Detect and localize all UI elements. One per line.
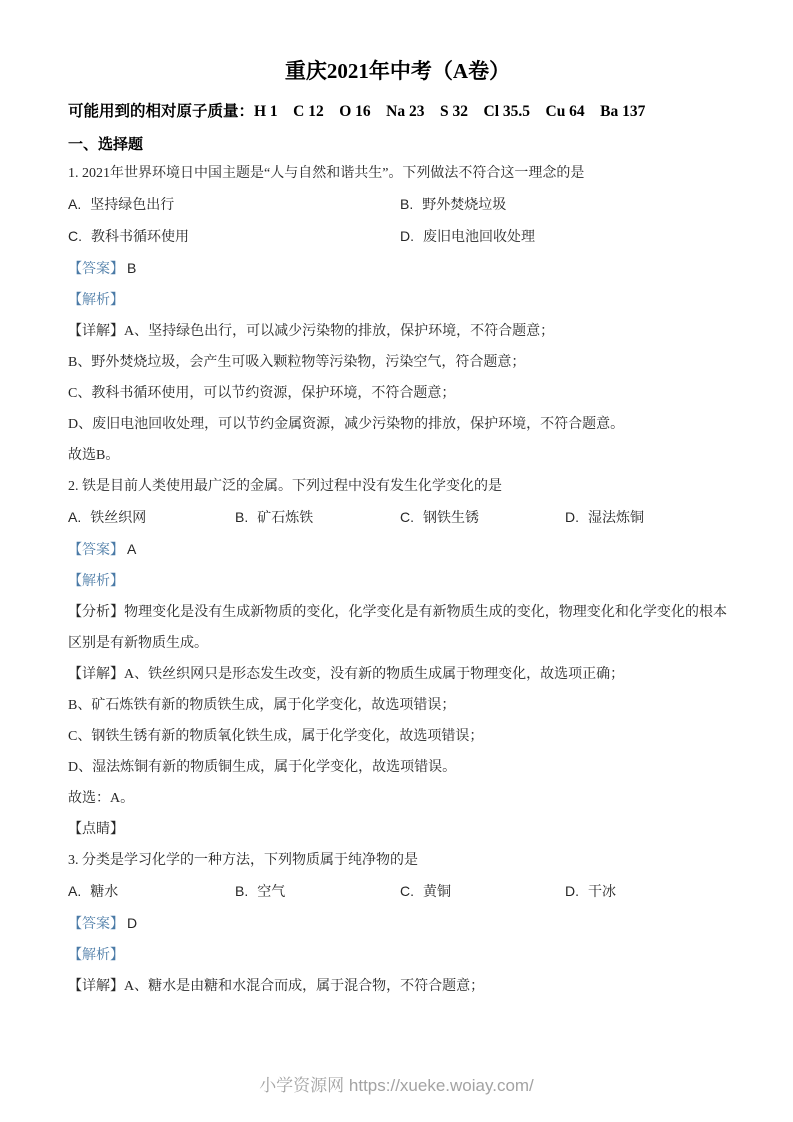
atomic-mass-line: 可能用到的相对原子质量：H 1 C 12 O 16 Na 23 S 32 Cl … [68,99,727,125]
option-label: D. [400,228,414,244]
option-text: 湿法炼铜 [588,511,644,526]
block-text: A、糖水是由糖和水混合而成，属于混合物，不符合题意； [124,979,484,994]
block-text: C、钢铁生锈有新的物质氧化铁生成，属于化学变化，故选项错误； [68,729,483,744]
block-text: B、野外焚烧垃圾，会产生可吸入颗粒物等污染物，污染空气，符合题意； [68,355,525,370]
option-a: A.坚持绿色出行 [68,189,400,221]
option-d: D.废旧电池回收处理 [400,221,727,253]
answer-line: 【答案】B [68,253,727,285]
option-text: 矿石炼铁 [257,511,313,526]
question-2: 2. 铁是目前人类使用最广泛的金属。下列过程中没有发生化学变化的是 A.铁丝织网… [68,471,727,845]
question-stem: 1. 2021年世界环境日中国主题是“人与自然和谐共生”。下列做法不符合这一理念… [68,158,727,189]
option-label: A. [68,196,81,212]
block-text: D、废旧电池回收处理，可以节约金属资源，减少污染物的排放，保护环境，不符合题意。 [68,417,624,432]
block-text: 物理变化是没有生成新物质的变化，化学变化是有新物质生成的变化，物理变化和化学变化… [68,605,727,651]
analysis-line: 【解析】 [68,566,727,597]
option-c: C.钢铁生锈 [400,502,565,534]
conclusion-line: 故选B。 [68,440,727,471]
option-text: 空气 [257,885,285,900]
option-label: A. [68,509,81,525]
block-label: 【详解】 [68,979,124,994]
block-text: 故选：A。 [68,791,134,806]
answer-line: 【答案】D [68,908,727,940]
option-c: C.黄铜 [400,876,565,908]
block-label: 【详解】 [68,667,124,682]
tip-line: 【点睛】 [68,814,727,845]
answer-label: 【答案】 [68,917,124,932]
block-label: 【点睛】 [68,822,124,837]
options-row: A.坚持绿色出行 B.野外焚烧垃圾 [68,189,727,221]
question-3: 3. 分类是学习化学的一种方法，下列物质属于纯净物的是 A.糖水 B.空气 C.… [68,845,727,1002]
answer-label: 【答案】 [68,543,124,558]
option-label: A. [68,883,81,899]
option-c: C.教科书循环使用 [68,221,400,253]
option-label: C. [400,509,414,525]
option-text: 钢铁生锈 [423,511,479,526]
explanation-paragraph: C、教科书循环使用，可以节约资源，保护环境，不符合题意； [68,378,727,409]
option-label: B. [400,196,413,212]
option-text: 坚持绿色出行 [90,198,174,213]
question-stem: 3. 分类是学习化学的一种方法，下列物质属于纯净物的是 [68,845,727,876]
option-d: D.湿法炼铜 [565,502,727,534]
block-text: A、铁丝织网只是形态发生改变，没有新的物质生成属于物理变化，故选项正确； [124,667,624,682]
option-a: A.糖水 [68,876,235,908]
explanation-paragraph: D、废旧电池回收处理，可以节约金属资源，减少污染物的排放，保护环境，不符合题意。 [68,409,727,440]
option-text: 教科书循环使用 [91,230,189,245]
answer-value: A [127,541,136,557]
question-1: 1. 2021年世界环境日中国主题是“人与自然和谐共生”。下列做法不符合这一理念… [68,158,727,471]
conclusion-line: 故选：A。 [68,783,727,814]
block-label: 【详解】 [68,324,124,339]
option-d: D.干冰 [565,876,727,908]
answer-label: 【答案】 [68,262,124,277]
block-text: C、教科书循环使用，可以节约资源，保护环境，不符合题意； [68,386,455,401]
option-b: B.矿石炼铁 [235,502,400,534]
options-row: C.教科书循环使用 D.废旧电池回收处理 [68,221,727,253]
explanation-paragraph: D、湿法炼铜有新的物质铜生成，属于化学变化，故选项错误。 [68,752,727,783]
explanation-paragraph: 【详解】A、铁丝织网只是形态发生改变，没有新的物质生成属于物理变化，故选项正确； [68,659,727,690]
option-text: 黄铜 [423,885,451,900]
options-row: A.铁丝织网 B.矿石炼铁 C.钢铁生锈 D.湿法炼铜 [68,502,727,534]
option-label: D. [565,883,579,899]
analysis-label: 【解析】 [68,948,124,963]
answer-value: B [127,260,136,276]
block-label: 【分析】 [68,605,124,620]
page-title: 重庆2021年中考（A卷） [68,0,727,86]
explanation-paragraph: B、野外焚烧垃圾，会产生可吸入颗粒物等污染物，污染空气，符合题意； [68,347,727,378]
option-label: B. [235,509,248,525]
option-b: B.空气 [235,876,400,908]
option-text: 铁丝织网 [90,511,146,526]
section-heading: 一、选择题 [68,132,727,158]
option-label: B. [235,883,248,899]
analysis-paragraph: 【分析】物理变化是没有生成新物质的变化，化学变化是有新物质生成的变化，物理变化和… [68,597,727,659]
option-label: D. [565,509,579,525]
answer-line: 【答案】A [68,534,727,566]
block-text: B、矿石炼铁有新的物质铁生成，属于化学变化，故选项错误； [68,698,455,713]
footer-link[interactable]: 小学资源网 https://xueke.woiay.com/ [0,1071,793,1096]
question-stem: 2. 铁是目前人类使用最广泛的金属。下列过程中没有发生化学变化的是 [68,471,727,502]
answer-value: D [127,915,137,931]
analysis-line: 【解析】 [68,940,727,971]
option-text: 废旧电池回收处理 [423,230,535,245]
explanation-paragraph: B、矿石炼铁有新的物质铁生成，属于化学变化，故选项错误； [68,690,727,721]
option-label: C. [400,883,414,899]
block-text: D、湿法炼铜有新的物质铜生成，属于化学变化，故选项错误。 [68,760,456,775]
option-b: B.野外焚烧垃圾 [400,189,727,221]
analysis-label: 【解析】 [68,574,124,589]
block-text: A、坚持绿色出行，可以减少污染物的排放，保护环境，不符合题意； [124,324,554,339]
option-text: 野外焚烧垃圾 [422,198,506,213]
explanation-paragraph: C、钢铁生锈有新的物质氧化铁生成，属于化学变化，故选项错误； [68,721,727,752]
exam-document: 重庆2021年中考（A卷） 可能用到的相对原子质量：H 1 C 12 O 16 … [0,0,793,1002]
block-text: 故选B。 [68,448,119,463]
explanation-paragraph: 【详解】A、糖水是由糖和水混合而成，属于混合物，不符合题意； [68,971,727,1002]
analysis-line: 【解析】 [68,285,727,316]
options-row: A.糖水 B.空气 C.黄铜 D.干冰 [68,876,727,908]
option-label: C. [68,228,82,244]
option-text: 糖水 [90,885,118,900]
option-text: 干冰 [588,885,616,900]
analysis-label: 【解析】 [68,293,124,308]
explanation-paragraph: 【详解】A、坚持绿色出行，可以减少污染物的排放，保护环境，不符合题意； [68,316,727,347]
option-a: A.铁丝织网 [68,502,235,534]
